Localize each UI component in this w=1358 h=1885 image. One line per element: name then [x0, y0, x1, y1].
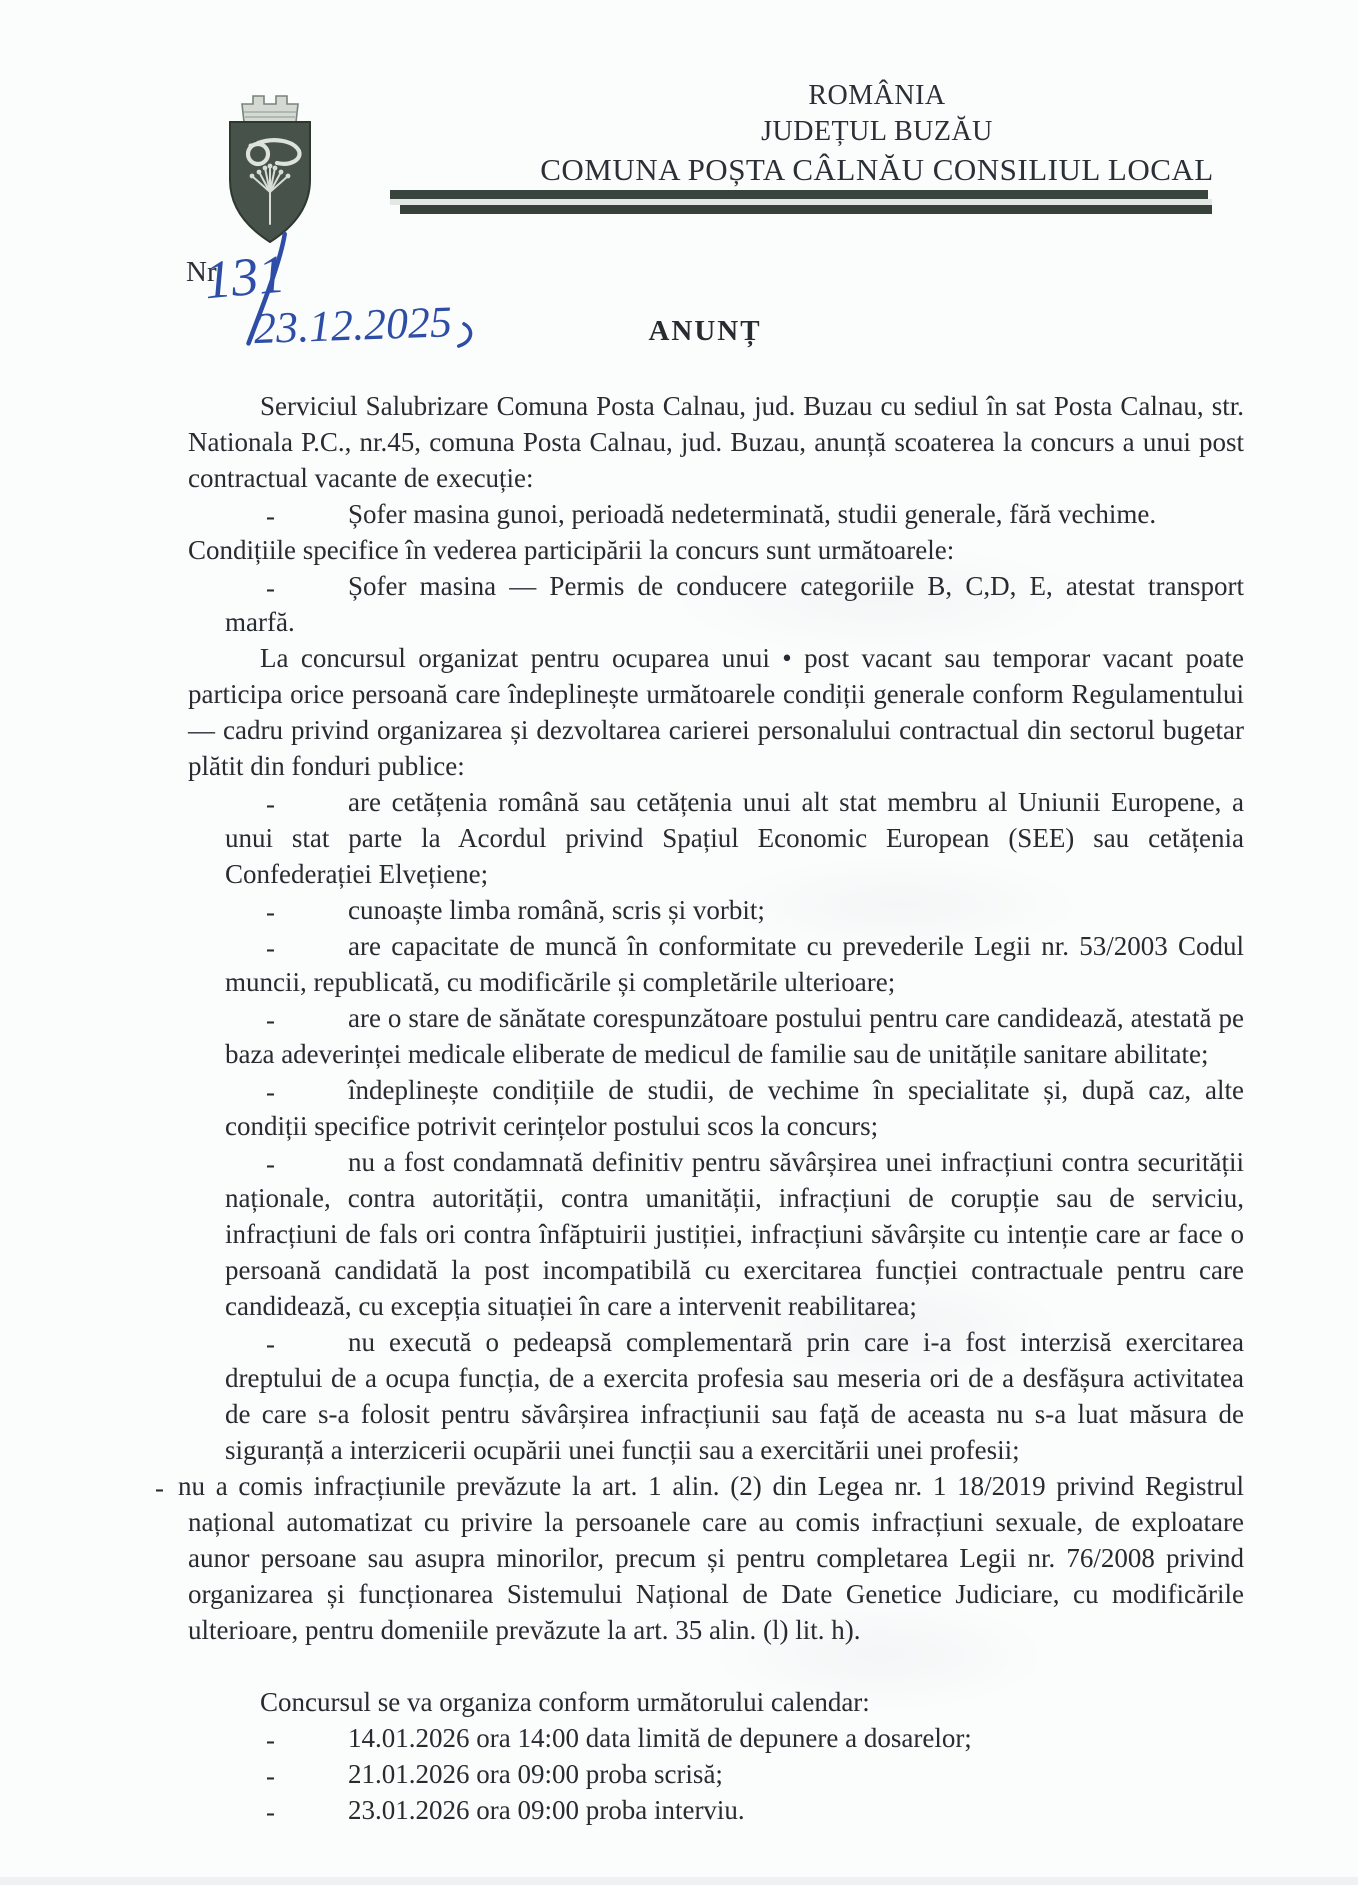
calendar-text: 14.01.2026 ora 14:00 data limită de depu… — [348, 1723, 972, 1753]
bullet-dash: - — [155, 1470, 164, 1506]
letterhead-authority: COMUNA POȘTA CÂLNĂU CONSILIUL LOCAL — [500, 150, 1254, 190]
bullet-dash: - — [266, 1074, 275, 1110]
bullet-dash: - — [266, 1794, 275, 1830]
bullet-item: -are o stare de sănătate corespunzătoare… — [188, 1000, 1244, 1072]
letterhead-county: JUDEȚUL BUZĂU — [500, 114, 1254, 150]
handwritten-registration: 131 23.12.2025 — [193, 223, 498, 373]
bullet-text: îndeplinește condițiile de studii, de ve… — [225, 1075, 1244, 1141]
paragraph: La concursul organizat pentru ocuparea u… — [188, 640, 1244, 784]
bullet-dash: - — [266, 498, 275, 534]
bullet-text: are o stare de sănătate corespunzătoare … — [225, 1003, 1244, 1069]
calendar-item: -21.01.2026 ora 09:00 proba scrisă; — [188, 1756, 1244, 1792]
letterhead-divider — [390, 190, 1212, 214]
calendar-text: 23.01.2026 ora 09:00 proba interviu. — [348, 1795, 745, 1825]
bullet-text: are capacitate de muncă în conformitate … — [225, 931, 1244, 997]
bullet-text: nu a comis infracțiunile prevăzute la ar… — [178, 1471, 1244, 1645]
bullet-dash: - — [266, 1722, 275, 1758]
document-title: ANUNȚ — [555, 315, 855, 348]
calendar-heading: Concursul se va organiza conform următor… — [188, 1684, 1244, 1720]
bullet-dash: - — [266, 1002, 275, 1038]
letterhead: ROMÂNIA JUDEȚUL BUZĂU COMUNA POȘTA CÂLNĂ… — [500, 78, 1254, 190]
bullet-dash: - — [266, 894, 275, 930]
bullet-item: -îndeplinește condițiile de studii, de v… — [188, 1072, 1244, 1144]
document-body: Serviciul Salubrizare Comuna Posta Calna… — [188, 388, 1244, 1828]
bullet-item: -nu a comis infracțiunile prevăzute la a… — [188, 1468, 1244, 1648]
bullet-item: -are cetățenia română sau cetățenia unui… — [188, 784, 1244, 892]
bullet-item: -are capacitate de muncă în conformitate… — [188, 928, 1244, 1000]
bullet-dash: - — [266, 1146, 275, 1182]
divider-band-bottom — [400, 205, 1212, 214]
bullet-dash: - — [266, 570, 275, 606]
bullet-text: nu a fost condamnată definitiv pentru să… — [225, 1147, 1244, 1321]
handwritten-flourish — [458, 324, 471, 346]
bullet-dash: - — [266, 786, 275, 822]
calendar-item: -14.01.2026 ora 14:00 data limită de dep… — [188, 1720, 1244, 1756]
paragraph: Serviciul Salubrizare Comuna Posta Calna… — [188, 388, 1244, 496]
handwritten-date: 23.12.2025 — [253, 297, 453, 353]
bullet-text: nu execută o pedeapsă complementară prin… — [225, 1327, 1244, 1465]
bullet-text: Șofer masina gunoi, perioadă nedetermina… — [348, 499, 1156, 529]
bullet-item: -nu execută o pedeapsă complementară pri… — [188, 1324, 1244, 1468]
calendar-text: 21.01.2026 ora 09:00 proba scrisă; — [348, 1759, 723, 1789]
coat-of-arms — [218, 88, 322, 248]
bullet-item: -Șofer masina gunoi, perioadă nedetermin… — [188, 496, 1244, 532]
bullet-dash: - — [266, 1326, 275, 1362]
scanned-document-page: ROMÂNIA JUDEȚUL BUZĂU COMUNA POȘTA CÂLNĂ… — [0, 0, 1358, 1885]
paragraph: Condițiile specifice în vederea particip… — [188, 532, 1244, 568]
bullet-item: -Șofer masina — Permis de conducere cate… — [188, 568, 1244, 640]
bullet-text: Șofer masina — Permis de conducere categ… — [225, 571, 1244, 637]
bullet-text: cunoaște limba română, scris și vorbit; — [348, 895, 765, 925]
bullet-dash: - — [266, 1758, 275, 1794]
divider-band-top — [390, 190, 1208, 199]
bullet-dash: - — [266, 930, 275, 966]
bullet-item: -cunoaște limba română, scris și vorbit; — [188, 892, 1244, 928]
bullet-text: are cetățenia română sau cetățenia unui … — [225, 787, 1244, 889]
bullet-item: -nu a fost condamnată definitiv pentru s… — [188, 1144, 1244, 1324]
letterhead-country: ROMÂNIA — [500, 78, 1254, 114]
calendar-item: -23.01.2026 ora 09:00 proba interviu. — [188, 1792, 1244, 1828]
scan-edge-artifact — [0, 1877, 1358, 1885]
crown-icon — [242, 96, 298, 122]
